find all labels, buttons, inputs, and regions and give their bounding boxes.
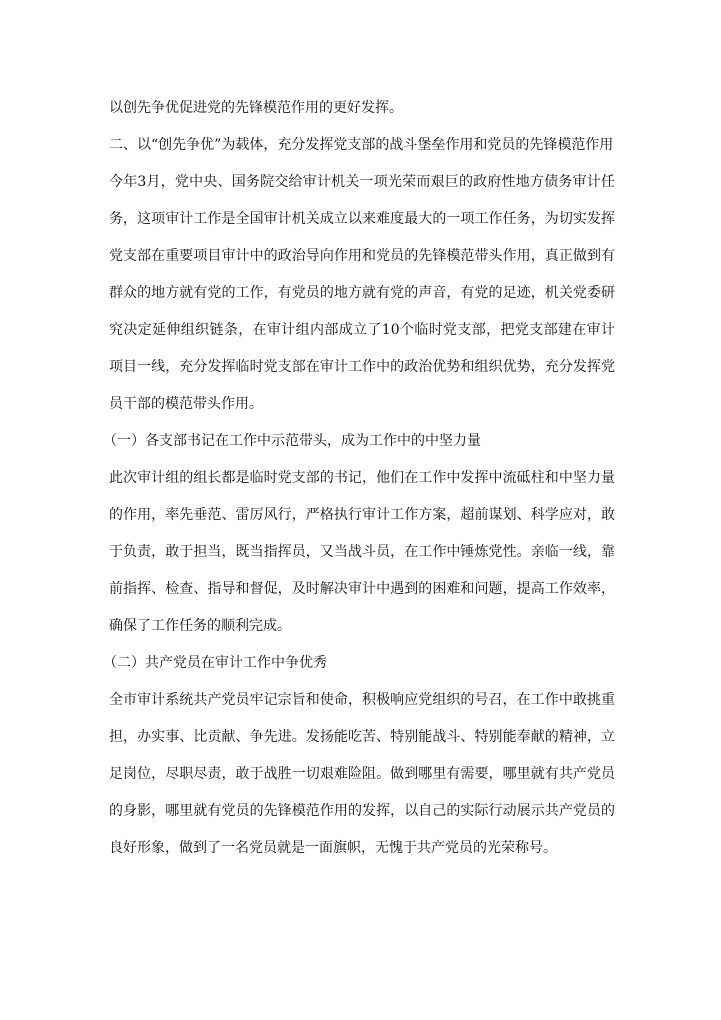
paragraph-branch-secretaries: 此次审计组的组长都是临时党支部的书记，他们在工作中发挥中流砥柱和中坚力量的作用，…	[109, 460, 615, 645]
paragraph-party-members: 全市审计系统共产党员牢记宗旨和使命，积极响应党组织的号召，在工作中敢挑重担，办实…	[109, 682, 615, 867]
subheading-2: （二）共产党员在审计工作中争优秀	[103, 645, 615, 682]
section-heading-2: 二、以“创先争优”为载体，充分发挥党支部的战斗堡垒作用和党员的先锋模范作用	[109, 127, 615, 164]
paragraph-intro-closing: 以创先争优促进党的先锋模范作用的更好发挥。	[109, 90, 615, 127]
document-page: 以创先争优促进党的先锋模范作用的更好发挥。 二、以“创先争优”为载体，充分发挥党…	[109, 90, 615, 867]
subheading-1: （一）各支部书记在工作中示范带头，成为工作中的中坚力量	[103, 423, 615, 460]
paragraph-audit-task: 今年3月，党中央、国务院交给审计机关一项光荣而艰巨的政府性地方债务审计任务，这项…	[109, 164, 615, 423]
